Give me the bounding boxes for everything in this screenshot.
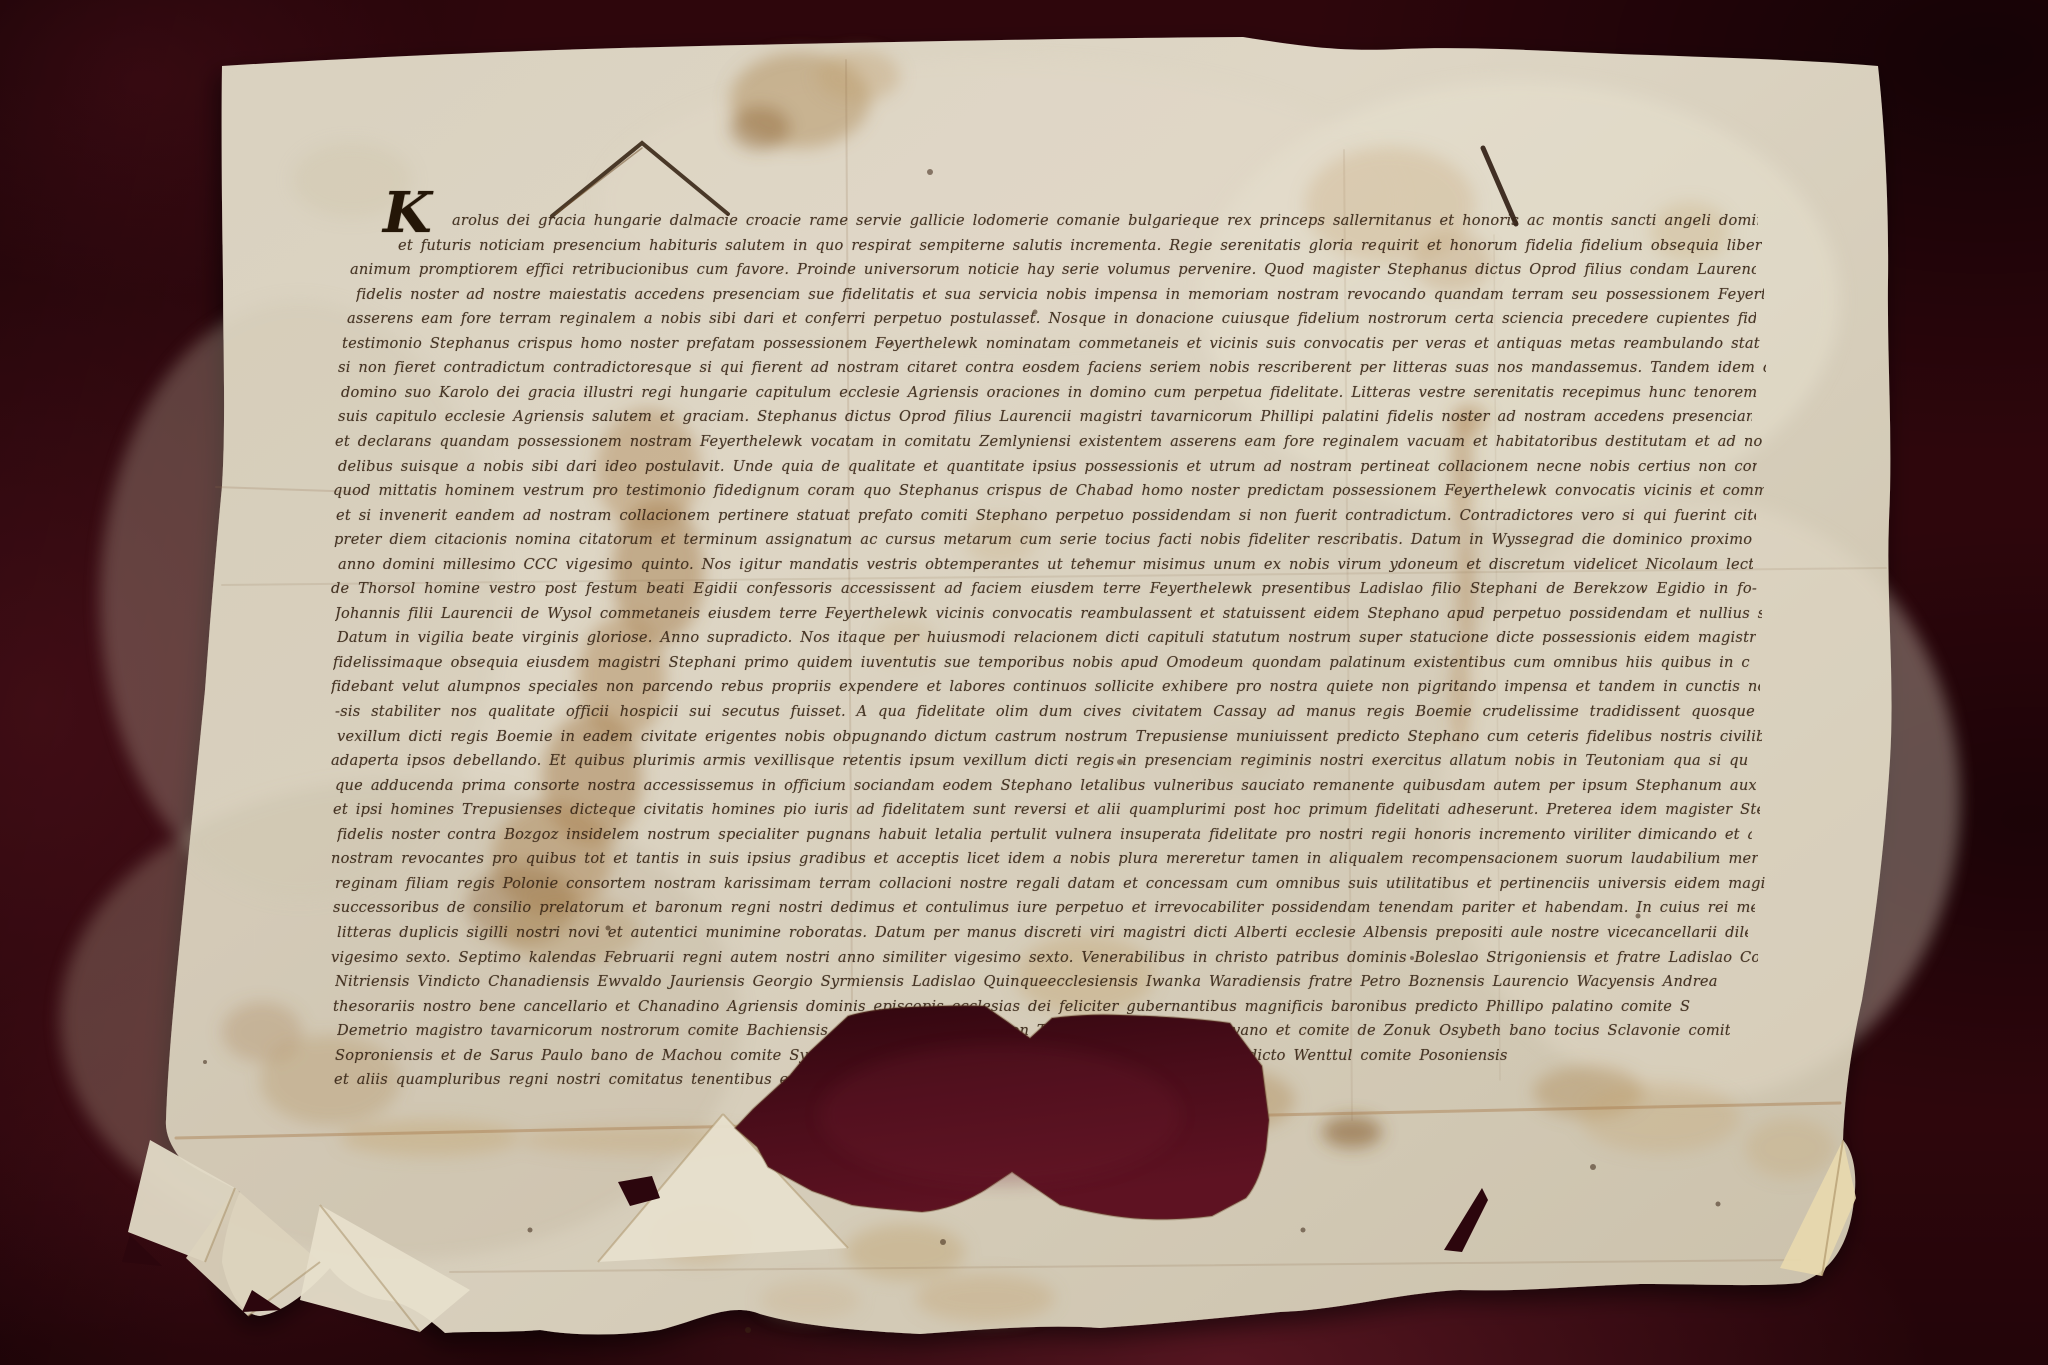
text-line: et aliis quampluribus regni nostri comit… bbox=[334, 1069, 868, 1093]
text-line: thesorariis nostro bene cancellario et C… bbox=[333, 996, 1690, 1020]
text-line: de Thorsol homine vestro post festum bea… bbox=[331, 578, 1757, 602]
text-line: et declarans quandam possessionem nostra… bbox=[335, 431, 1762, 455]
text-line: suis capitulo ecclesie Agriensis salutem… bbox=[338, 406, 1752, 430]
text-line: Datum in vigilia beate virginis gloriose… bbox=[337, 627, 1756, 651]
text-line: fidebant velut alumpnos speciales non pa… bbox=[331, 676, 1760, 700]
text-line: Demetrio magistro tavarnicorum nostrorum… bbox=[337, 1020, 1730, 1044]
text-line: testimonio Stephanus crispus homo noster… bbox=[342, 333, 1760, 357]
text-line: vigesimo sexto. Septimo kalendas Februar… bbox=[331, 947, 1758, 971]
text-line: delibus suisque a nobis sibi dari ideo p… bbox=[338, 456, 1757, 480]
text-line: successoribus de consilio prelatorum et … bbox=[333, 897, 1755, 921]
manuscript-text: K arolus dei gracia hungarie dalmacie cr… bbox=[0, 0, 2048, 1365]
text-line: domino suo Karolo dei gracia illustri re… bbox=[341, 382, 1758, 406]
text-line: vexillum dicti regis Boemie in eadem civ… bbox=[337, 726, 1762, 750]
text-line: Soproniensis et de Sarus Paulo bano de M… bbox=[335, 1045, 1508, 1069]
text-line: fidelis noster ad nostre maiestatis acce… bbox=[356, 284, 1764, 308]
text-line: si non fieret contradictum contradictore… bbox=[338, 357, 1766, 381]
text-line: -sis stabiliter nos qualitate officii ho… bbox=[335, 701, 1755, 725]
text-line: preter diem citacionis nomina citatorum … bbox=[334, 529, 1760, 553]
text-line: que adducenda prima consorte nostra acce… bbox=[335, 775, 1756, 799]
text-line: arolus dei gracia hungarie dalmacie croa… bbox=[452, 210, 1758, 234]
text-line: anno domini millesimo CCC vigesimo quint… bbox=[338, 554, 1753, 578]
text-line: et futuris noticiam presencium habituris… bbox=[398, 235, 1762, 259]
text-line: animum promptiorem effici retribucionibu… bbox=[350, 259, 1756, 283]
text-line: fidelissimaque obsequia eiusdem magistri… bbox=[333, 652, 1750, 676]
text-line: asserens eam fore terram reginalem a nob… bbox=[347, 308, 1756, 332]
text-line: et si invenerit eandem ad nostram collac… bbox=[336, 505, 1756, 529]
text-line: fidelis noster contra Bozgoz insidelem n… bbox=[337, 824, 1752, 848]
text-line: Nitriensis Vindicto Chanadiensis Ewvaldo… bbox=[335, 971, 1725, 995]
text-line: Johannis filii Laurencii de Wysol commet… bbox=[335, 603, 1762, 627]
photo-of-parchment-charter: K arolus dei gracia hungarie dalmacie cr… bbox=[0, 0, 2048, 1365]
text-line: litteras duplicis sigilli nostri novi et… bbox=[337, 922, 1748, 946]
text-line: adaperta ipsos debellando. Et quibus plu… bbox=[331, 750, 1748, 774]
text-line: quod mittatis hominem vestrum pro testim… bbox=[333, 480, 1764, 504]
text-line: et ipsi homines Trepusienses dicteque ci… bbox=[333, 799, 1760, 823]
text-line: reginam filiam regis Polonie consortem n… bbox=[335, 873, 1765, 897]
text-line: nostram revocantes pro quibus tot et tan… bbox=[331, 848, 1758, 872]
